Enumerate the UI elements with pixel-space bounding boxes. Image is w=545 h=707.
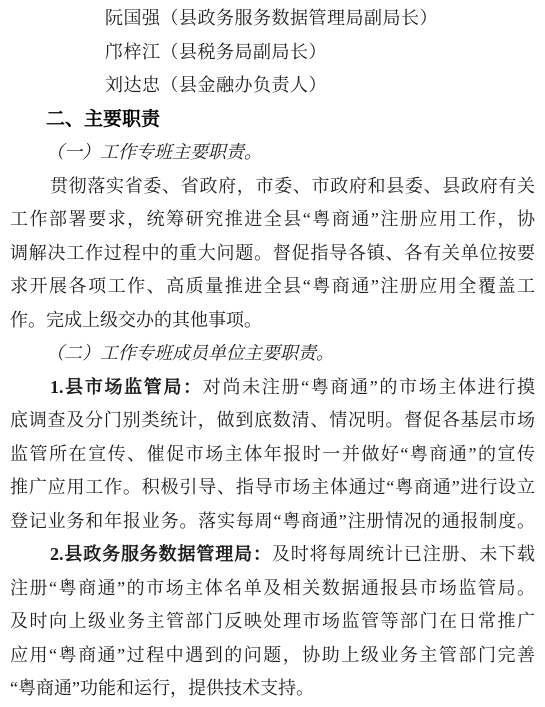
line-text: （二）工作专班成员单位主要职责。 (46, 343, 334, 363)
text-line: 邝梓江（县税务局副局长） (10, 36, 535, 70)
line-text: 邝梓江（县税务局副局长） (105, 42, 327, 62)
line-text: 阮国强（县政务服务数据管理局副局长） (105, 8, 438, 28)
text-line: 工作部署要求，统筹研究推进全县“粤商通”注册应用工作，协 (10, 203, 535, 237)
line-text: 及时将每周统计已注册、未下载 (272, 544, 535, 564)
text-line: 求开展各项工作、高质量推进全县“粤商通”注册应用全覆盖工 (10, 270, 535, 304)
line-text: 注册“粤商通”的市场主体名单及相关数据通报县市场监管局。 (10, 578, 535, 598)
line-text: （一）工作专班主要职责。 (46, 142, 262, 162)
text-line: 贯彻落实省委、省政府，市委、市政府和县委、县政府有关 (10, 170, 535, 204)
document-page: 阮国强（县政务服务数据管理局副局长）邝梓江（县税务局副局长）刘达忠（县金融办负责… (0, 0, 545, 707)
text-line: 应用“粤商通”过程中遇到的问题，协助上级业务主管部门完善 (10, 639, 535, 673)
line-text: 推广应用工作。积极引导、指导市场主体通过“粤商通”进行设立 (10, 477, 535, 497)
line-text: 对尚未注册“粤商通”的市场主体进行摸 (203, 377, 535, 397)
line-text: 求开展各项工作、高质量推进全县“粤商通”注册应用全覆盖工 (10, 276, 535, 296)
text-line: 作。完成上级交办的其他事项。 (10, 304, 535, 338)
text-line: （一）工作专班主要职责。 (10, 136, 535, 170)
item-label: 1.县市场监管局： (50, 377, 203, 397)
line-text: 监管所在宣传、催促市场主体年报时一并做好“粤商通”的宣传 (10, 444, 535, 464)
text-line: （二）工作专班成员单位主要职责。 (10, 337, 535, 371)
line-text: 登记业务和年报业务。落实每周“粤商通”注册情况的通报制度。 (10, 511, 535, 531)
line-text: 贯彻落实省委、省政府，市委、市政府和县委、县政府有关 (50, 176, 535, 196)
text-line: “粤商通”功能和运行，提供技术支持。 (10, 672, 535, 706)
text-line: 阮国强（县政务服务数据管理局副局长） (10, 2, 535, 36)
document-body: 阮国强（县政务服务数据管理局副局长）邝梓江（县税务局副局长）刘达忠（县金融办负责… (0, 0, 545, 706)
line-text: 刘达忠（县金融办负责人） (105, 75, 327, 95)
text-line: 刘达忠（县金融办负责人） (10, 69, 535, 103)
text-line: 1.县市场监管局：对尚未注册“粤商通”的市场主体进行摸 (10, 371, 535, 405)
text-line: 登记业务和年报业务。落实每周“粤商通”注册情况的通报制度。 (10, 505, 535, 539)
line-text: 二、主要职责 (46, 109, 160, 130)
line-text: “粤商通”功能和运行，提供技术支持。 (10, 678, 314, 698)
text-line: 二、主要职责 (10, 103, 535, 137)
line-text: 应用“粤商通”过程中遇到的问题，协助上级业务主管部门完善 (10, 645, 535, 665)
line-text: 及时向上级业务主管部门反映处理市场监管等部门在日常推广 (10, 611, 535, 631)
text-line: 监管所在宣传、催促市场主体年报时一并做好“粤商通”的宣传 (10, 438, 535, 472)
text-line: 推广应用工作。积极引导、指导市场主体通过“粤商通”进行设立 (10, 471, 535, 505)
line-text: 调解决工作过程中的重大问题。督促指导各镇、各有关单位按要 (10, 243, 535, 263)
line-text: 作。完成上级交办的其他事项。 (10, 310, 262, 330)
text-line: 调解决工作过程中的重大问题。督促指导各镇、各有关单位按要 (10, 237, 535, 271)
text-line: 2.县政务服务数据管理局：及时将每周统计已注册、未下载 (10, 538, 535, 572)
line-text: 底调查及分门别类统计，做到底数清、情况明。督促各基层市场 (10, 410, 535, 430)
text-line: 注册“粤商通”的市场主体名单及相关数据通报县市场监管局。 (10, 572, 535, 606)
text-line: 底调查及分门别类统计，做到底数清、情况明。督促各基层市场 (10, 404, 535, 438)
text-line: 及时向上级业务主管部门反映处理市场监管等部门在日常推广 (10, 605, 535, 639)
item-label: 2.县政务服务数据管理局： (50, 544, 272, 564)
line-text: 工作部署要求，统筹研究推进全县“粤商通”注册应用工作，协 (10, 209, 535, 229)
